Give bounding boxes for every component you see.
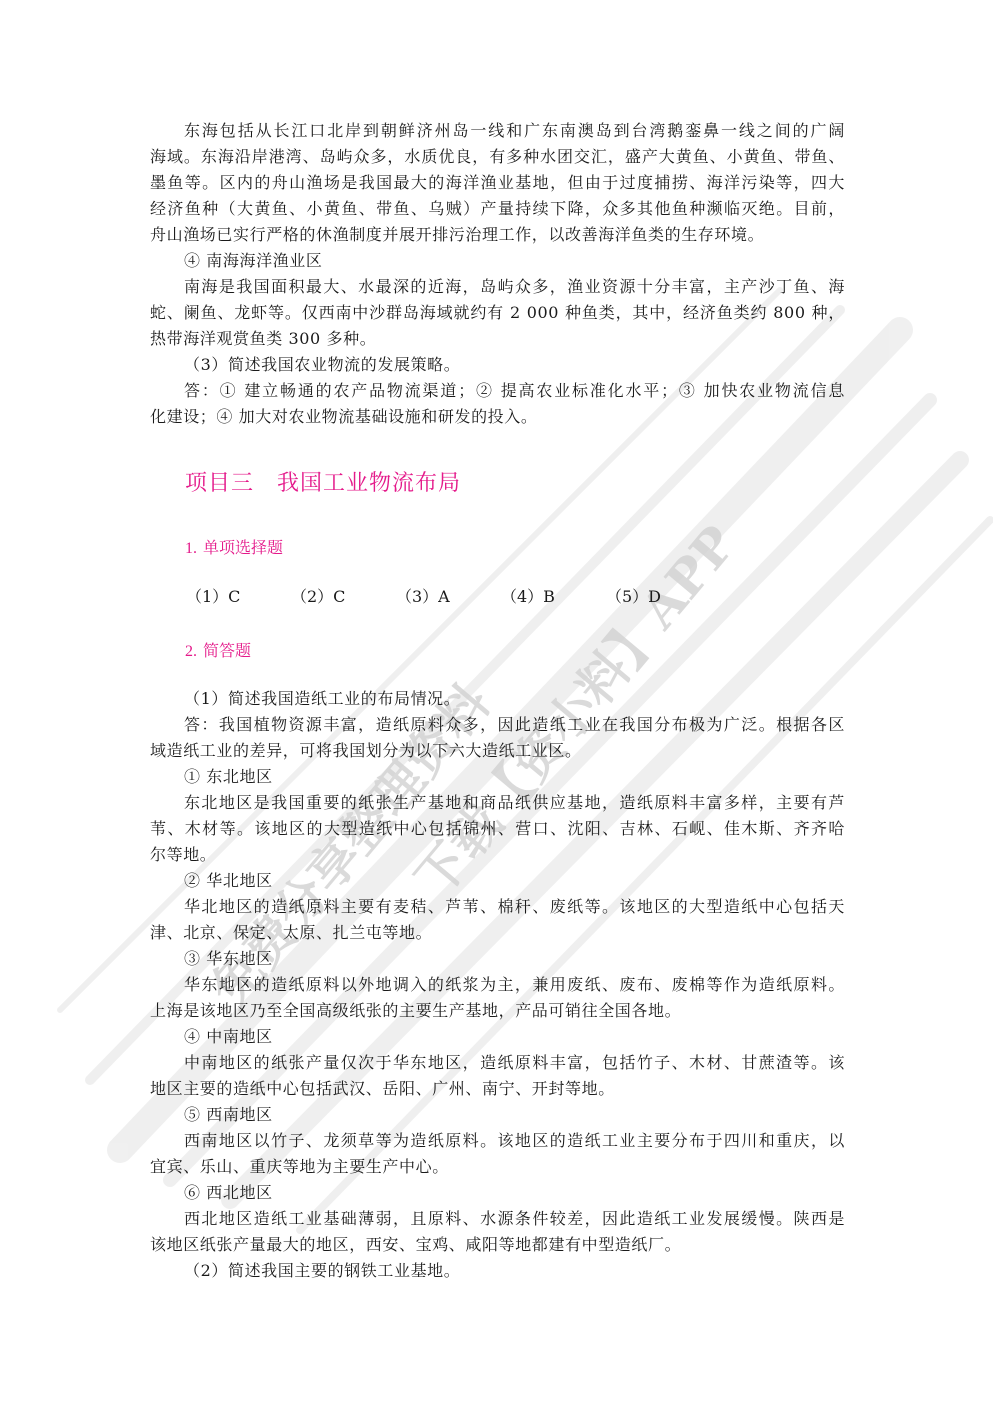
region-line: 西南地区以竹子、龙须草等为造纸原料。该地区的造纸工业主要分布于四川和重庆，以 — [150, 1128, 845, 1154]
region-item: ② 华北地区华北地区的造纸原料主要有麦秸、芦苇、棉秆、废纸等。该地区的大型造纸中… — [150, 868, 845, 946]
region-item: ⑥ 西北地区西北地区造纸工业基础薄弱，且原料、水源条件较差，因此造纸工业发展缓慢… — [150, 1180, 845, 1258]
east-sea-line: 经济鱼种（大黄鱼、小黄鱼、带鱼、乌贼）产量持续下降，众多其他鱼种濒临灭绝。目前， — [150, 196, 845, 222]
south-sea-line: 蛇、阑鱼、龙虾等。仅西南中沙群岛海域就约有 2 000 种鱼类，其中，经济鱼类约… — [150, 300, 845, 326]
south-sea-heading: ④ 南海海洋渔业区 — [150, 248, 845, 274]
project-title: 项目三 我国工业物流布局 — [185, 466, 461, 497]
region-item: ① 东北地区东北地区是我国重要的纸张生产基地和商品纸供应基地，造纸原料丰富多样，… — [150, 764, 845, 868]
region-line: 华北地区的造纸原料主要有麦秸、芦苇、棉秆、废纸等。该地区的大型造纸中心包括天 — [150, 894, 845, 920]
answer-4: （4）B — [501, 584, 606, 607]
east-sea-line: 舟山渔场已实行严格的休渔制度并展开排污治理工作，以改善海洋鱼类的生存环境。 — [150, 222, 850, 248]
region-line: 中南地区的纸张产量仅次于华东地区，造纸原料丰富，包括竹子、木材、甘蔗渣等。该 — [150, 1050, 845, 1076]
part2-heading: 2.简答题 — [185, 638, 251, 661]
region-line: 尔等地。 — [150, 842, 845, 868]
answer-1: （1）C — [186, 584, 291, 607]
question-3-title: （3）简述我国农业物流的发展策略。 — [150, 352, 845, 378]
paper-question-section: （1）简述我国造纸工业的布局情况。 答：我国植物资源丰富，造纸原料众多，因此造纸… — [150, 686, 845, 1284]
question-3-line: 答：① 建立畅通的农产品物流渠道；② 提高农业标准化水平；③ 加快农业物流信息 — [150, 378, 845, 404]
south-sea-line: 南海是我国面积最大、水最深的近海，岛屿众多，渔业资源十分丰富，主产沙丁鱼、海 — [150, 274, 845, 300]
answer-3: （3）A — [396, 584, 501, 607]
answer-2: （2）C — [291, 584, 396, 607]
region-line: 苇、木材等。该地区的大型造纸中心包括锦州、营口、沈阳、吉林、石岘、佳木斯、齐齐哈 — [150, 816, 845, 842]
steel-question-title: （2）简述我国主要的钢铁工业基地。 — [150, 1258, 845, 1284]
part1-title: 单项选择题 — [203, 538, 283, 557]
east-sea-line: 东海包括从长江口北岸到朝鲜济州岛一线和广东南澳岛到台湾鹅銮鼻一线之间的广阔 — [150, 118, 845, 144]
region-item: ⑤ 西南地区西南地区以竹子、龙须草等为造纸原料。该地区的造纸工业主要分布于四川和… — [150, 1102, 845, 1180]
part2-number: 2. — [185, 643, 197, 660]
region-item: ④ 中南地区中南地区的纸张产量仅次于华东地区，造纸原料丰富，包括竹子、木材、甘蔗… — [150, 1024, 845, 1102]
part2-title: 简答题 — [203, 641, 251, 660]
region-line: 东北地区是我国重要的纸张生产基地和商品纸供应基地，造纸原料丰富多样，主要有芦 — [150, 790, 845, 816]
region-line: 宜宾、乐山、重庆等地为主要生产中心。 — [150, 1154, 845, 1180]
region-line: 华东地区的造纸原料以外地调入的纸浆为主，兼用废纸、废布、废棉等作为造纸原料。 — [150, 972, 845, 998]
region-heading: ③ 华东地区 — [150, 946, 845, 972]
answer-5: （5）D — [606, 584, 711, 607]
region-heading: ② 华北地区 — [150, 868, 845, 894]
choice-answers: （1）C（2）C（3）A（4）B（5）D — [186, 584, 711, 607]
region-heading: ① 东北地区 — [150, 764, 845, 790]
part1-number: 1. — [185, 540, 197, 557]
east-sea-section: 东海包括从长江口北岸到朝鲜济州岛一线和广东南澳岛到台湾鹅銮鼻一线之间的广阔海域。… — [150, 118, 850, 248]
south-sea-line: 热带海洋观赏鱼类 300 多种。 — [150, 326, 845, 352]
region-heading: ④ 中南地区 — [150, 1024, 845, 1050]
region-line: 地区主要的造纸中心包括武汉、岳阳、广州、南宁、开封等地。 — [150, 1076, 845, 1102]
question-3-line: 化建设；④ 加大对农业物流基础设施和研发的投入。 — [150, 404, 845, 430]
question-3-section: （3）简述我国农业物流的发展策略。 答：① 建立畅通的农产品物流渠道；② 提高农… — [150, 352, 845, 430]
part1-heading: 1.单项选择题 — [185, 535, 283, 558]
east-sea-line: 墨鱼等。区内的舟山渔场是我国最大的海洋渔业基地，但由于过度捕捞、海洋污染等，四大 — [150, 170, 845, 196]
region-line: 该地区纸张产量最大的地区，西安、宝鸡、咸阳等地都建有中型造纸厂。 — [150, 1232, 845, 1258]
east-sea-line: 海域。东海沿岸港湾、岛屿众多，水质优良，有多种水团交汇，盛产大黄鱼、小黄鱼、带鱼… — [150, 144, 845, 170]
region-heading: ⑤ 西南地区 — [150, 1102, 845, 1128]
paper-intro-line: 域造纸工业的差异，可将我国划分为以下六大造纸工业区。 — [150, 738, 845, 764]
region-line: 津、北京、保定、太原、扎兰屯等地。 — [150, 920, 845, 946]
region-item: ③ 华东地区华东地区的造纸原料以外地调入的纸浆为主，兼用废纸、废布、废棉等作为造… — [150, 946, 845, 1024]
region-heading: ⑥ 西北地区 — [150, 1180, 845, 1206]
region-line: 西北地区造纸工业基础薄弱，且原料、水源条件较差，因此造纸工业发展缓慢。陕西是 — [150, 1206, 845, 1232]
paper-question-title: （1）简述我国造纸工业的布局情况。 — [150, 686, 845, 712]
paper-intro-line: 答：我国植物资源丰富，造纸原料众多，因此造纸工业在我国分布极为广泛。根据各区 — [150, 712, 845, 738]
region-line: 上海是该地区乃至全国高级纸张的主要生产基地，产品可销往全国各地。 — [150, 998, 845, 1024]
south-sea-section: ④ 南海海洋渔业区 南海是我国面积最大、水最深的近海，岛屿众多，渔业资源十分丰富… — [150, 248, 845, 352]
